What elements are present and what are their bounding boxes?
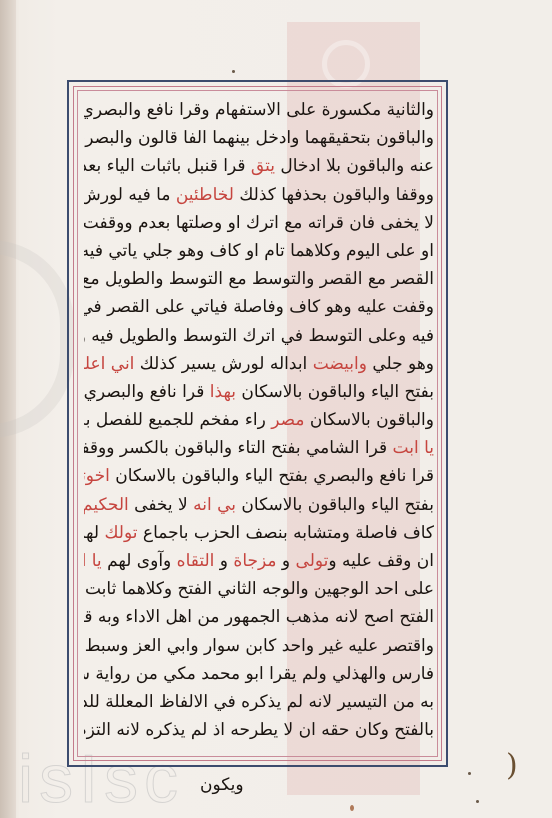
paper-speck (232, 70, 235, 73)
text-run: كاف فاصلة ومتشابه بنصف الحزب باجماع (138, 523, 434, 543)
text-line: والثانية مكسورة على الاستفهام وقرا نافع … (84, 96, 434, 124)
text-run: و (214, 551, 233, 571)
text-line: كاف فاصلة ومتشابه بنصف الحزب باجماع تولك… (84, 519, 434, 547)
rubric-word: تولى (296, 551, 329, 571)
text-line: القصر مع القصر والتوسط مع التوسط والطويل… (84, 265, 434, 293)
text-run: والباقون بتحقيقهما وادخل بينهما الفا قال… (84, 128, 434, 148)
text-line: لا يخفى فان قراته مع اترك او وصلتها بعدم… (84, 209, 434, 237)
text-run: فيه وعلى التوسط في اترك التوسط والطويل ف… (84, 326, 434, 346)
text-run: ما فيه لورش وحمزة ان وقف (84, 185, 176, 205)
text-line: بفتح الياء والباقون بالاسكان بهذا قرا نا… (84, 378, 434, 406)
rubric-word: يا ابت (393, 438, 434, 458)
text-line: وقفت عليه وهو كاف وفاصلة فياتي على القصر… (84, 293, 434, 321)
paper-speck (468, 772, 471, 775)
text-run: ان وقف عليه و (328, 551, 434, 571)
text-run: الفتح اصح لانه مذهب الجمهور من اهل الادا… (84, 607, 434, 627)
text-run: قرا نافع والبصري بفتح الياء والباقون بال… (110, 466, 434, 486)
rubric-word: تولك (104, 523, 137, 543)
text-line: على احد الوجهين والوجه الثاني الفتح وكلا… (84, 575, 434, 603)
rubric-word: مصر (271, 410, 304, 430)
text-line: واقتصر عليه غير واحد كابن سوار وابي العز… (84, 632, 434, 660)
rubric-word: وابيضت (313, 354, 367, 374)
manuscript-text: والثانية مكسورة على الاستفهام وقرا نافع … (84, 96, 434, 744)
text-run: به من التيسير لانه لم يذكره في الالفاظ ا… (84, 692, 434, 712)
rubric-word: اخوتي انه (84, 466, 110, 486)
text-run: وقفت عليه وهو كاف وفاصلة فياتي على القصر… (84, 297, 434, 317)
rubric-word: بي انه (193, 495, 236, 515)
text-line: الفتح اصح لانه مذهب الجمهور من اهل الادا… (84, 603, 434, 631)
text-run: قرا قنبل باثبات الياء بعد القاف وصلا (84, 156, 251, 176)
text-line: ان وقف عليه وتولى و مزجاة و التقاه وآوى … (84, 547, 434, 575)
text-line: ووقفا والباقون بحذفها كذلك لخاطئين ما في… (84, 181, 434, 209)
text-run: والباقون بالاسكان (304, 410, 434, 430)
rubric-word: يتق (251, 156, 275, 176)
text-run: بفتح الياء والباقون بالاسكان (236, 495, 434, 515)
rubric-word: الحكيم (84, 495, 129, 515)
rubric-word: مزجاة (233, 551, 276, 571)
paper-speck (476, 800, 479, 803)
text-line: فيه وعلى التوسط في اترك التوسط والطويل ف… (84, 322, 434, 350)
text-run: قرا نافع والبصري بفتح الياء (84, 382, 210, 402)
bleed-through-ornament (0, 240, 74, 438)
text-line: به من التيسير لانه لم يذكره في الالفاظ ا… (84, 688, 434, 716)
text-run: قرا الشامي بفتح التاء والباقون بالكسر وو… (84, 438, 393, 458)
text-line: بالفتح وكان حقه ان لا يطرحه اذ لم يذكره … (84, 716, 434, 744)
rubric-word: لخاطئين (176, 185, 234, 205)
rubric-word: بهذا (210, 382, 236, 402)
text-run: لا يخفى فان قراته مع اترك او وصلتها بعدم… (84, 213, 434, 233)
rubric-word: اني اعلم (84, 354, 134, 374)
margin-mark: ) (506, 748, 518, 783)
text-run: لهم وبصر (84, 523, 104, 543)
text-run: على احد الوجهين والوجه الثاني الفتح وكلا… (84, 579, 434, 599)
text-line: بفتح الياء والباقون بالاسكان بي انه لا ي… (84, 491, 434, 519)
text-line: او على اليوم وكلاهما تام او كاف وهو جلي … (84, 237, 434, 265)
text-run: والثانية مكسورة على الاستفهام وقرا نافع … (84, 100, 434, 120)
text-run: او على اليوم وكلاهما تام او كاف وهو جلي … (84, 241, 434, 261)
text-line: والباقون بالاسكان مصر راء مفخم للجميع لل… (84, 406, 434, 434)
text-run: القصر مع القصر والتوسط مع التوسط والطويل… (84, 269, 434, 289)
text-line: عنه والباقون بلا ادخال يتق قرا قنبل باثب… (84, 152, 434, 180)
text-run: ووقفا والباقون بحذفها كذلك (234, 185, 434, 205)
text-line: قرا نافع والبصري بفتح الياء والباقون بال… (84, 462, 434, 490)
text-line: وهو جلي وابيضت ابداله لورش يسير كذلك اني… (84, 350, 434, 378)
text-run: ابداله لورش يسير كذلك (134, 354, 312, 374)
text-run: وآوى لهم (102, 551, 177, 571)
text-line: فارس والهذلي ولم يقرا ابو محمد مكي من رو… (84, 660, 434, 688)
text-run: بالفتح وكان حقه ان لا يطرحه اذ لم يذكره … (84, 720, 434, 740)
text-run: راء مفخم للجميع للفصل بحرف الاستعلاء (84, 410, 271, 430)
text-run: واقتصر عليه غير واحد كابن سوار وابي العز… (84, 636, 434, 656)
catchword: ويكون (200, 775, 244, 795)
text-line: يا ابت قرا الشامي بفتح التاء والباقون با… (84, 434, 434, 462)
rubric-word: التقاه (177, 551, 215, 571)
text-line: والباقون بتحقيقهما وادخل بينهما الفا قال… (84, 124, 434, 152)
text-run: بفتح الياء والباقون بالاسكان (236, 382, 434, 402)
text-run: وهو جلي (367, 354, 434, 374)
paper-speck (350, 805, 354, 811)
text-run: لا يخفى (129, 495, 193, 515)
text-run: عنه والباقون بلا ادخال (275, 156, 434, 176)
text-run: فارس والهذلي ولم يقرا ابو محمد مكي من رو… (84, 664, 434, 684)
text-run: و (277, 551, 296, 571)
rubric-word: يا اسفى (84, 551, 102, 571)
manuscript-page: isIsc والثانية مكسورة على الاستفهام وقرا… (0, 0, 552, 818)
